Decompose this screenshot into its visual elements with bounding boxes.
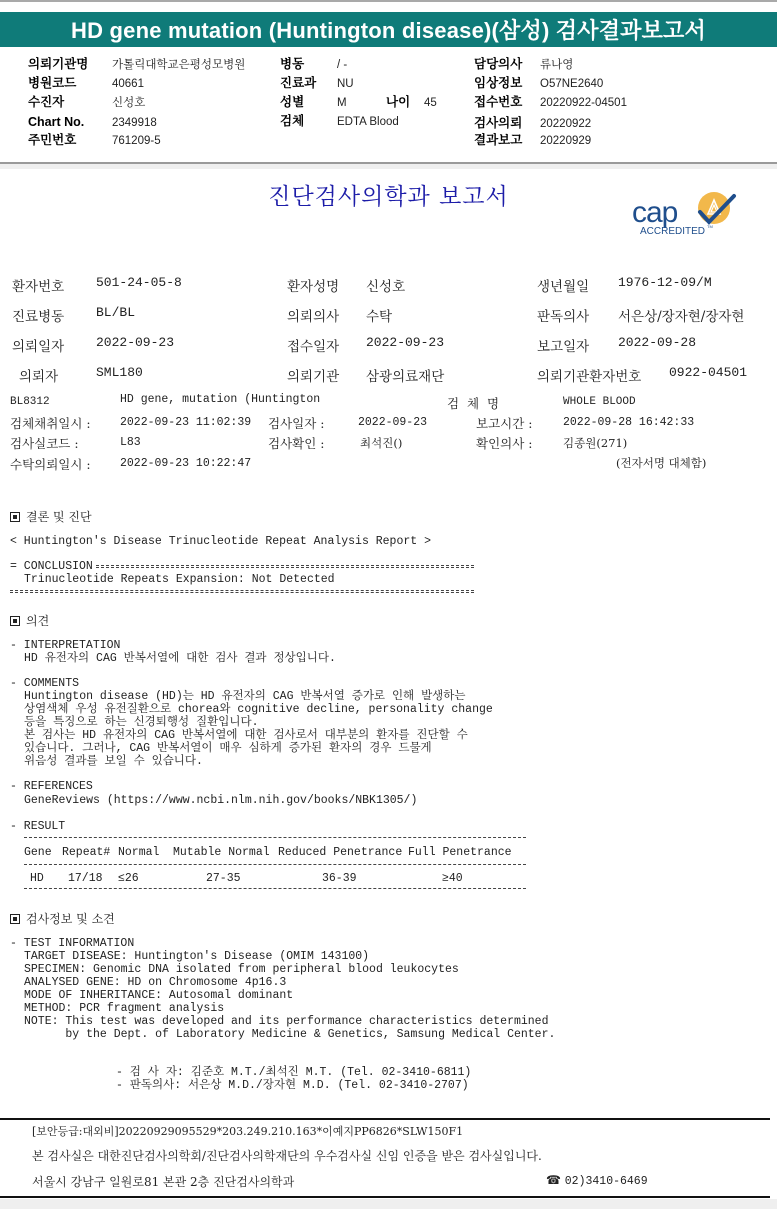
header-label: 병동 (280, 57, 304, 71)
patient-label: 보고일자 (537, 335, 589, 355)
header-value: 45 (424, 97, 437, 109)
testinfo-line: ANALYSED GENE: HD on Chromosome 4p16.3 (24, 976, 286, 989)
testinfo-line: by the Dept. of Laboratory Medicine & Ge… (24, 1028, 555, 1041)
patient-value: 501-24-05-8 (96, 275, 182, 290)
header-label: 성별 (280, 95, 304, 109)
conclusion-text: Trinucleotide Repeats Expansion: Not Det… (24, 573, 335, 586)
phone-icon: ☎ (546, 1173, 561, 1187)
certification-text: 본 검사실은 대한진단검사의학회/진단검사의학재단의 우수검사실 신임 인증을 … (32, 1147, 542, 1164)
result-rule (24, 864, 526, 865)
result-header-full-penetrance: Full Penetrance (408, 846, 512, 859)
interpretation-text: HD 유전자의 CAG 반복서열에 대한 검사 결과 정상입니다. (24, 652, 336, 665)
header-label: 결과보고 (474, 133, 522, 147)
header-label: 나이 (386, 95, 410, 109)
result-header-repeat: Repeat# (62, 846, 110, 859)
collect-value: 2022-09-23 11:02:39 (120, 416, 251, 429)
header-value: 20220929 (540, 135, 591, 147)
testinfo-label: - TEST INFORMATION (10, 937, 134, 950)
test-name: HD gene, mutation (Huntington (120, 393, 320, 406)
result-rule (24, 888, 526, 889)
header-value: 761209-5 (112, 135, 161, 147)
conclusion-rule-bottom (10, 590, 474, 593)
signer-line: - 판독의사: 서은상 M.D./장자현 M.D. (Tel. 02-3410-… (116, 1079, 469, 1092)
conclusion-label: = CONCLUSION (10, 560, 100, 573)
footer-band (0, 1199, 777, 1209)
result-rule (24, 837, 526, 838)
report-time-label: 보고시간 : (476, 414, 533, 432)
result-cell-full-penetrance: ≥40 (442, 872, 463, 885)
patient-label: 판독의사 (537, 305, 589, 325)
header-label: 의뢰기관명 (28, 57, 88, 71)
confirm-doc-label: 확인의사 : (476, 434, 533, 452)
patient-label: 환자성명 (287, 275, 339, 295)
testinfo-line: TARGET DISEASE: Huntington's Disease (OM… (24, 950, 369, 963)
result-label: - RESULT (10, 820, 65, 833)
references-text: GeneReviews (https://www.ncbi.nlm.nih.go… (24, 794, 417, 807)
header-value: EDTA Blood (337, 116, 399, 128)
patient-label: 의뢰의사 (287, 305, 339, 325)
patient-value: 0922-04501 (669, 365, 747, 380)
collect-label: 검체채취일시 : (10, 414, 91, 432)
testinfo-line: NOTE: This test was developed and its pe… (24, 1015, 549, 1028)
report-time-value: 2022-09-28 16:42:33 (563, 416, 694, 429)
phone-number: 02)3410-6469 (565, 1175, 648, 1188)
result-cell-mutable-normal: 27-35 (206, 872, 241, 885)
section-testinfo-head: 검사정보 및 소견 (10, 910, 115, 927)
patient-label: 진료병동 (12, 305, 64, 325)
patient-label: 의뢰기관환자번호 (537, 365, 641, 385)
patient-label: 생년월일 (537, 275, 589, 295)
comment-line: 있습니다. 그러나, CAG 반복서열이 매우 심하게 증가된 환자의 경우 드… (24, 742, 432, 755)
result-header-normal: Normal (118, 846, 159, 859)
header-value: 류나영 (540, 59, 573, 71)
header-label: 접수번호 (474, 95, 522, 109)
patient-value: 신성호 (366, 275, 405, 295)
lab-code-label: 검사실코드 : (10, 434, 79, 452)
header-label: 진료과 (280, 76, 316, 90)
patient-label: 접수일자 (287, 335, 339, 355)
patient-value: SML180 (96, 365, 143, 380)
signer-line: - 검 사 자: 김준호 M.T./최석진 M.T. (Tel. 02-3410… (116, 1066, 471, 1079)
header-band (0, 164, 777, 169)
header-value: / - (337, 59, 347, 71)
patient-label: 의뢰자 (19, 365, 58, 385)
test-date-value: 2022-09-23 (358, 416, 427, 429)
patient-value: 2022-09-28 (618, 335, 696, 350)
result-header-reduced-penetrance: Reduced Penetrance (278, 846, 402, 859)
result-cell-gene: HD (30, 872, 44, 885)
svg-text:cap: cap (632, 196, 678, 229)
header-value: O57NE2640 (540, 78, 603, 90)
header-value: 40661 (112, 78, 144, 90)
header-label: 검사의뢰 (474, 116, 522, 130)
header-label: 담당의사 (474, 57, 522, 71)
document-title: HD gene mutation (Huntington disease)(삼성… (71, 14, 706, 45)
result-cell-normal: ≤26 (118, 872, 139, 885)
security-line: [보안등급:대외비]20220929095529*203.249.210.163… (32, 1123, 463, 1139)
patient-label: 의뢰기관 (287, 365, 339, 385)
comments-label: - COMMENTS (10, 677, 79, 690)
patient-value: 2022-09-23 (366, 335, 444, 350)
svg-text:TM: TM (707, 224, 713, 229)
comment-line: Huntington disease (HD)는 HD 유전자의 CAG 반복서… (24, 690, 466, 703)
confirm-label: 검사확인 : (268, 434, 325, 452)
request-label: 수탁의뢰일시 : (10, 455, 91, 473)
specimen-value: WHOLE BLOOD (563, 396, 636, 409)
testinfo-line: METHOD: PCR fragment analysis (24, 1002, 224, 1015)
testinfo-line: SPECIMEN: Genomic DNA isolated from peri… (24, 963, 459, 976)
section-conclusion-head: 결론 및 진단 (10, 508, 92, 525)
patient-value: 삼광의료재단 (366, 365, 444, 385)
document-title-bar: HD gene mutation (Huntington disease)(삼성… (0, 12, 777, 47)
testinfo-line: MODE OF INHERITANCE: Autosomal dominant (24, 989, 293, 1002)
comment-line: 위음성 결과를 보일 수 있습니다. (24, 755, 203, 768)
header-value: 2349918 (112, 117, 157, 129)
patient-value: 2022-09-23 (96, 335, 174, 350)
header-value: 신성호 (112, 97, 145, 109)
patient-value: BL/BL (96, 305, 135, 320)
result-header-mutable-normal: Mutable Normal (173, 846, 270, 859)
footer-rule-bottom (0, 1196, 770, 1198)
phone-line: ☎ 02)3410-6469 (546, 1173, 648, 1188)
svg-text:ACCREDITED: ACCREDITED (640, 226, 705, 237)
comment-line: 상염색체 우성 유전질환으로 chorea와 cognitive decline… (24, 703, 493, 716)
lab-code-value: L83 (120, 436, 141, 449)
section-square-icon (10, 512, 20, 522)
patient-label: 의뢰일자 (12, 335, 64, 355)
patient-value: 수탁 (366, 305, 392, 325)
test-code: BL8312 (10, 396, 50, 409)
request-value: 2022-09-23 10:22:47 (120, 457, 251, 470)
references-label: - REFERENCES (10, 780, 93, 793)
header-value: NU (337, 78, 354, 90)
result-header-gene: Gene (24, 846, 52, 859)
comment-line: 본 검사는 HD 유전자의 CAG 반복서열에 대한 검사로서 대부분의 환자를… (24, 729, 468, 742)
confirm-value: 최석진() (360, 435, 402, 451)
patient-label: 환자번호 (12, 275, 64, 295)
result-cell-repeat: 17/18 (68, 872, 103, 885)
header-value: M (337, 97, 347, 109)
test-date-label: 검사일자 : (268, 414, 325, 432)
patient-value: 1976-12-09/M (618, 275, 712, 290)
header-label: 수진자 (28, 95, 64, 109)
header-value: 가톨릭대학교은평성모병원 (112, 59, 245, 71)
section-opinion-head: 의견 (10, 612, 49, 629)
header-label: Chart No. (28, 115, 84, 129)
header-value: 20220922 (540, 118, 591, 130)
cap-logo-icon: cap ACCREDITED TM (630, 186, 740, 238)
patient-value: 서은상/장자현/장자현 (618, 305, 744, 325)
esign-note: (전자서명 대체함) (616, 455, 706, 471)
address-text: 서울시 강남구 일원로81 본관 2층 진단검사의학과 (32, 1173, 294, 1190)
header-label: 임상정보 (474, 76, 522, 90)
confirm-doc-value: 김종원(271) (563, 435, 627, 451)
footer-rule-top (0, 1118, 770, 1120)
report-name: < Huntington's Disease Trinucleotide Rep… (10, 535, 431, 548)
section-square-icon (10, 914, 20, 924)
header-value: 20220922-04501 (540, 97, 627, 109)
section-square-icon (10, 616, 20, 626)
top-rule (0, 0, 777, 2)
header-label: 병원코드 (28, 76, 76, 90)
header-label: 검체 (280, 114, 304, 128)
conclusion-rule (96, 565, 474, 568)
header-label: 주민번호 (28, 133, 76, 147)
interpretation-label: - INTERPRETATION (10, 639, 120, 652)
comment-line: 등을 특징으로 하는 신경퇴행성 질환입니다. (24, 716, 258, 729)
result-cell-reduced-penetrance: 36-39 (322, 872, 357, 885)
cap-accredited-logo: cap ACCREDITED TM (630, 186, 740, 238)
specimen-label: 검 체 명 (447, 394, 499, 412)
